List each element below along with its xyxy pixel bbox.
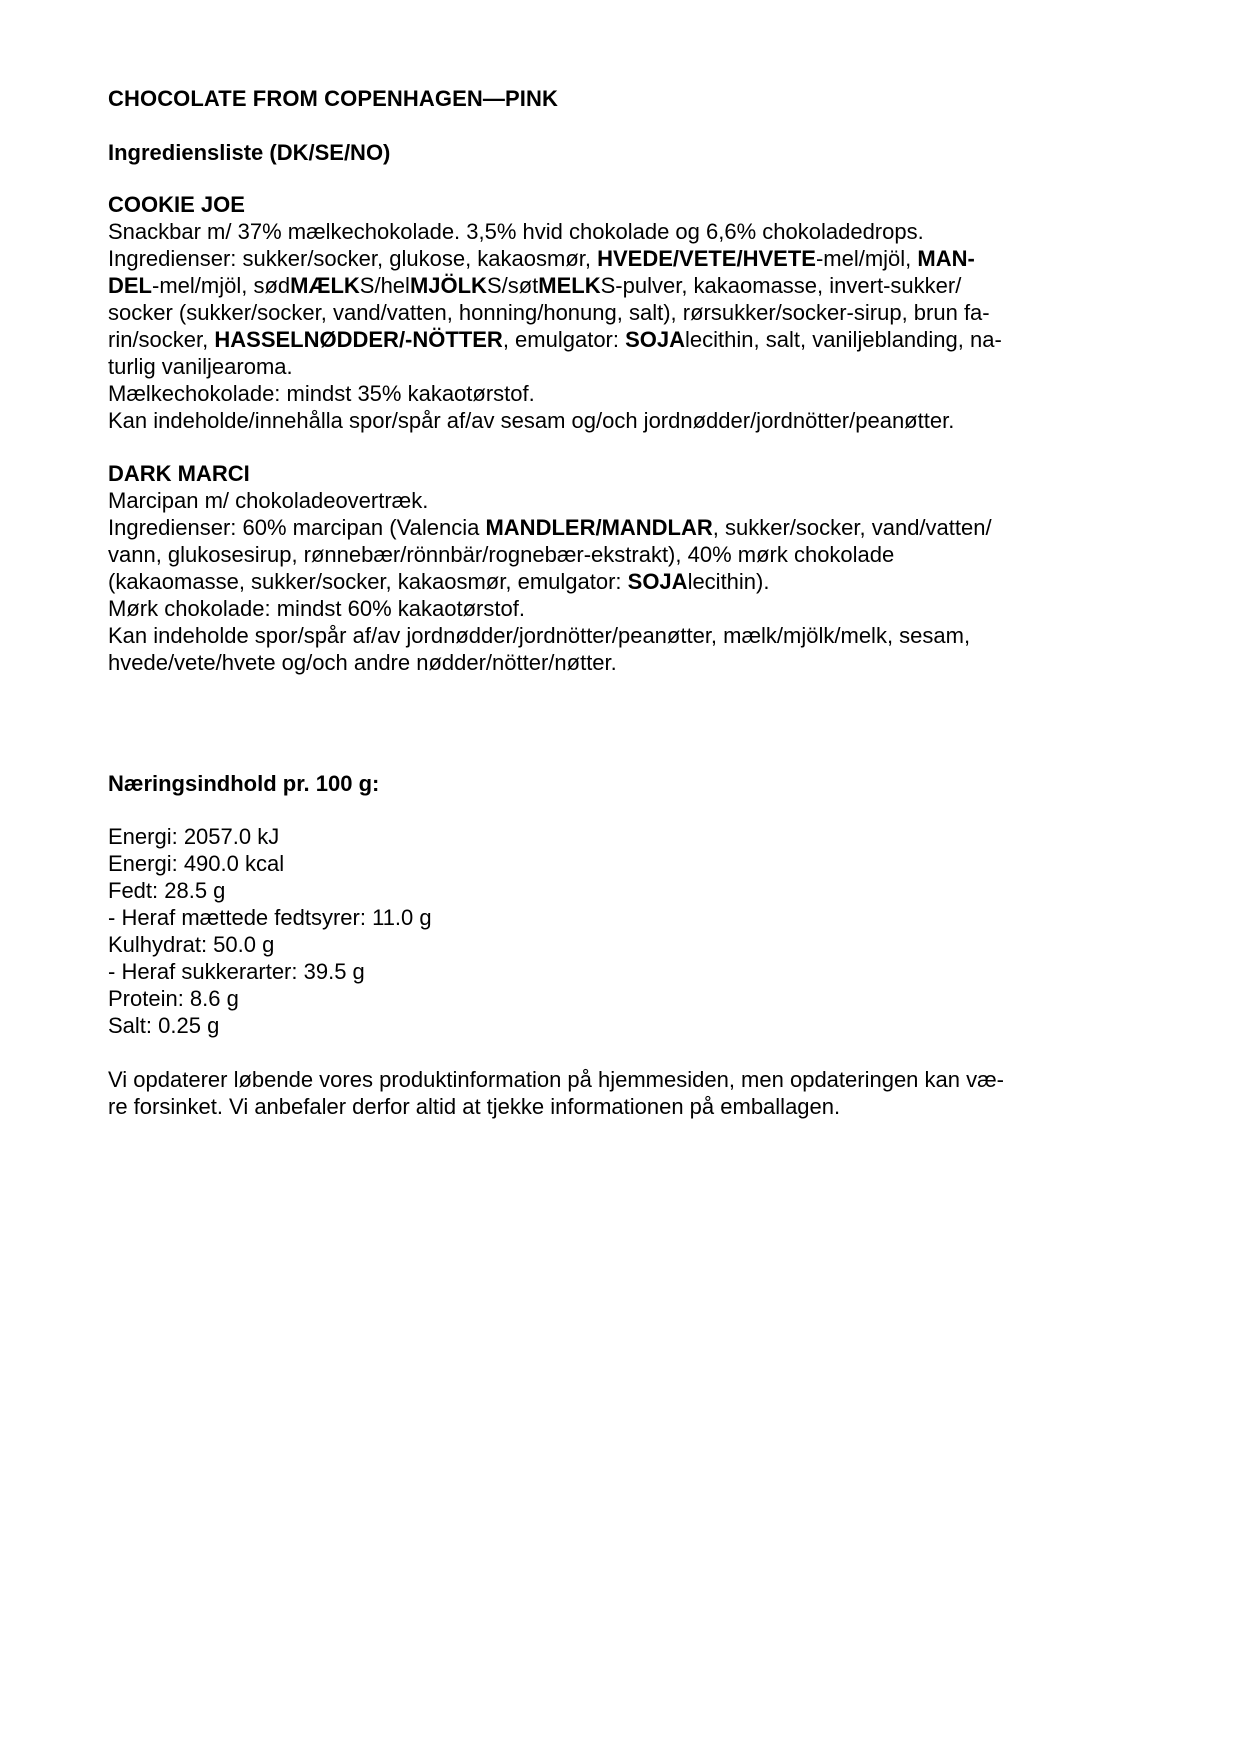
disclaimer-line: re forsinket. Vi anbefaler derfor altid … (108, 1093, 1148, 1120)
text-line: vann, glukosesirup, rønnebær/rönnbär/rog… (108, 541, 1148, 568)
text-line: Marcipan m/ chokoladeovertræk. (108, 487, 1148, 514)
nutrition-fat: Fedt: 28.5 g (108, 877, 1148, 904)
allergen-text: SOJA (625, 327, 685, 352)
nutrition-sugars: - Heraf sukkerarter: 39.5 g (108, 958, 1148, 985)
text-segment: , emulgator: (503, 327, 625, 352)
product-name: COOKIE JOE (108, 192, 1148, 218)
allergen-text: MANDLER/MANDLAR (485, 515, 712, 540)
text-segment: -mel/mjöl, sød (152, 273, 290, 298)
text-line: turlig vaniljearoma. (108, 353, 1148, 380)
text-line: socker (sukker/socker, vand/vatten, honn… (108, 299, 1148, 326)
allergen-text: MELK (538, 273, 600, 298)
text-line: rin/socker, HASSELNØDDER/-NÖTTER, emulga… (108, 326, 1148, 353)
text-segment: Mørk chokolade: mindst 60% kakaotørstof. (108, 596, 525, 621)
text-segment: (kakaomasse, sukker/socker, kakaosmør, e… (108, 569, 628, 594)
nutrition-salt: Salt: 0.25 g (108, 1012, 1148, 1039)
ingredient-list-heading: Ingrediensliste (DK/SE/NO) (108, 138, 1148, 168)
text-segment: , sukker/socker, vand/vatten/ (713, 515, 992, 540)
text-line: Mælkechokolade: mindst 35% kakaotørstof. (108, 380, 1148, 407)
nutrition-energy-kcal: Energi: 490.0 kcal (108, 850, 1148, 877)
text-segment: -mel/mjöl, (816, 246, 917, 271)
text-segment: S/hel (360, 273, 410, 298)
product-description: Snackbar m/ 37% mælkechokolade. 3,5% hvi… (108, 218, 1148, 434)
allergen-text: SOJA (628, 569, 688, 594)
text-segment: turlig vaniljearoma. (108, 354, 293, 379)
text-line: Kan indeholde spor/spår af/av jordnødder… (108, 622, 1148, 649)
product-name: DARK MARCI (108, 461, 1148, 487)
text-segment: Kan indeholde/innehålla spor/spår af/av … (108, 408, 954, 433)
nutrition-section: Næringsindhold pr. 100 g: Energi: 2057.0… (108, 769, 1148, 1039)
nutrition-list: Energi: 2057.0 kJ Energi: 490.0 kcal Fed… (108, 823, 1148, 1039)
text-segment: vann, glukosesirup, rønnebær/rönnbär/rog… (108, 542, 894, 567)
allergen-text: MJÖLK (410, 273, 487, 298)
text-line: Kan indeholde/innehålla spor/spår af/av … (108, 407, 1148, 434)
nutrition-protein: Protein: 8.6 g (108, 985, 1148, 1012)
document-title: CHOCOLATE FROM COPENHAGEN—PINK (108, 84, 1148, 114)
product-cookie-joe: COOKIE JOE Snackbar m/ 37% mælkechokolad… (108, 192, 1148, 434)
text-line: Snackbar m/ 37% mælkechokolade. 3,5% hvi… (108, 218, 1148, 245)
nutrition-saturated-fat: - Heraf mættede fedtsyrer: 11.0 g (108, 904, 1148, 931)
text-segment: Snackbar m/ 37% mælkechokolade. 3,5% hvi… (108, 219, 924, 244)
nutrition-energy-kj: Energi: 2057.0 kJ (108, 823, 1148, 850)
text-segment: Ingredienser: sukker/socker, glukose, ka… (108, 246, 597, 271)
text-line: Mørk chokolade: mindst 60% kakaotørstof. (108, 595, 1148, 622)
text-line: Ingredienser: 60% marcipan (Valencia MAN… (108, 514, 1148, 541)
text-segment: S-pulver, kakaomasse, invert-sukker/ (601, 273, 962, 298)
text-segment: Mælkechokolade: mindst 35% kakaotørstof. (108, 381, 535, 406)
text-segment: S/søt (487, 273, 538, 298)
text-line: DEL-mel/mjöl, sødMÆLKS/helMJÖLKS/søtMELK… (108, 272, 1148, 299)
text-segment: socker (sukker/socker, vand/vatten, honn… (108, 300, 990, 325)
allergen-text: HASSELNØDDER/-NÖTTER (214, 327, 502, 352)
disclaimer: Vi opdaterer løbende vores produktinform… (108, 1066, 1148, 1120)
text-segment: lecithin, salt, vaniljeblanding, na- (685, 327, 1002, 352)
text-segment: Marcipan m/ chokoladeovertræk. (108, 488, 428, 513)
nutrition-heading: Næringsindhold pr. 100 g: (108, 769, 1148, 799)
allergen-text: MÆLK (290, 273, 360, 298)
product-dark-marci: DARK MARCI Marcipan m/ chokoladeovertræk… (108, 461, 1148, 676)
document-page: CHOCOLATE FROM COPENHAGEN—PINK Ingredien… (108, 84, 1148, 1120)
disclaimer-line: Vi opdaterer løbende vores produktinform… (108, 1066, 1148, 1093)
text-line: hvede/vete/hvete og/och andre nødder/nöt… (108, 649, 1148, 676)
text-line: Ingredienser: sukker/socker, glukose, ka… (108, 245, 1148, 272)
section-spacer (108, 703, 1148, 769)
allergen-text: MAN- (917, 246, 974, 271)
allergen-text: DEL (108, 273, 152, 298)
text-segment: lecithin). (688, 569, 770, 594)
text-segment: Kan indeholde spor/spår af/av jordnødder… (108, 623, 970, 648)
allergen-text: HVEDE/VETE/HVETE (597, 246, 816, 271)
text-segment: rin/socker, (108, 327, 214, 352)
nutrition-carbohydrate: Kulhydrat: 50.0 g (108, 931, 1148, 958)
text-line: (kakaomasse, sukker/socker, kakaosmør, e… (108, 568, 1148, 595)
text-segment: Ingredienser: 60% marcipan (Valencia (108, 515, 485, 540)
text-segment: hvede/vete/hvete og/och andre nødder/nöt… (108, 650, 617, 675)
product-description: Marcipan m/ chokoladeovertræk.Ingrediens… (108, 487, 1148, 676)
